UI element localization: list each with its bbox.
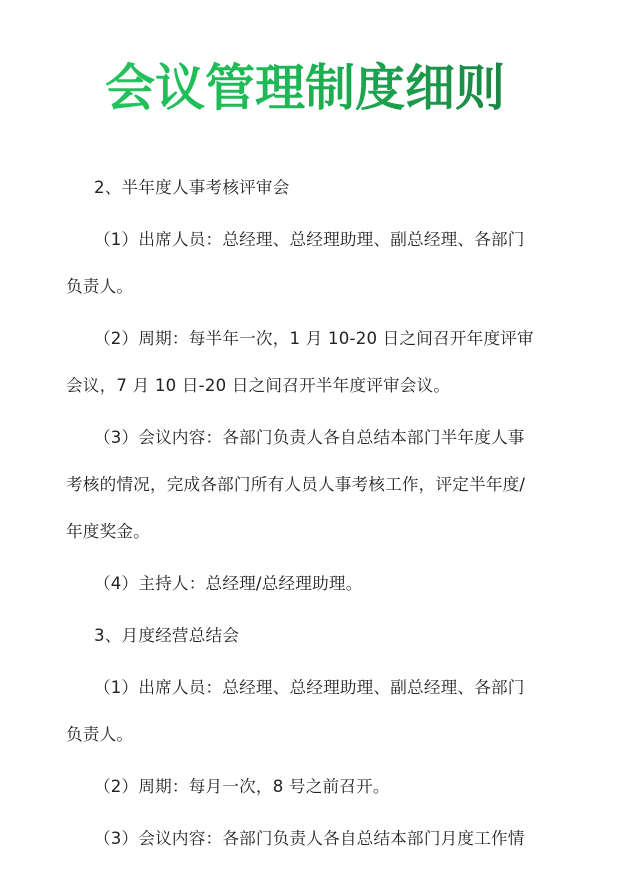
paragraph-host-1: （4）主持人：总经理/总经理助理。 [66, 560, 536, 607]
section-heading-monthly-summary: 3、月度经营总结会 [66, 612, 536, 659]
paragraph-period-1: （2）周期：每半年一次，1 月 10-20 日之间召开年度评审会议，7 月 10… [66, 315, 536, 409]
paragraph-attendees-1: （1）出席人员：总经理、总经理助理、副总经理、各部门负责人。 [66, 216, 536, 310]
section-heading-half-year-review: 2、半年度人事考核评审会 [66, 164, 536, 211]
paragraph-content-2: （3）会议内容：各部门负责人各自总结本部门月度工作情 [66, 815, 536, 862]
paragraph-attendees-2: （1）出席人员：总经理、总经理助理、副总经理、各部门负责人。 [66, 664, 536, 758]
document-body: 2、半年度人事考核评审会 （1）出席人员：总经理、总经理助理、副总经理、各部门负… [66, 164, 536, 862]
document-title: 会议管理制度细则 [0, 56, 610, 120]
paragraph-content-1: （3）会议内容：各部门负责人各自总结本部门半年度人事考核的情况，完成各部门所有人… [66, 414, 536, 555]
document-page: 会议管理制度细则 2、半年度人事考核评审会 （1）出席人员：总经理、总经理助理、… [0, 0, 640, 870]
paragraph-period-2: （2）周期：每月一次，8 号之前召开。 [66, 763, 536, 810]
